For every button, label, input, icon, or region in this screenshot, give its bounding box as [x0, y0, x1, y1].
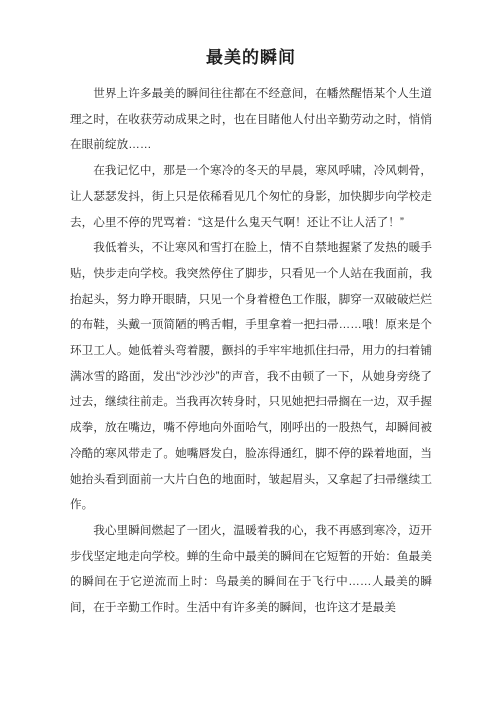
paragraph-sanitation-worker: 我低着头，不让寒风和雪打在脸上，情不自禁地握紧了发热的暖手贴，快步走向学校。我突…: [70, 235, 432, 518]
document-body: 最美的瞬间 世界上许多最美的瞬间往往都在不经意间，在幡然醒悟某个人生道理之时，在…: [70, 46, 432, 621]
paragraph-intro: 世界上许多最美的瞬间往往都在不经意间，在幡然醒悟某个人生道理之时，在收获劳动成果…: [70, 81, 432, 158]
document-title: 最美的瞬间: [70, 46, 432, 70]
paragraph-winter-morning: 在我记忆中，那是一个寒冷的冬天的早晨，寒风呼啸，冷风刺骨，让人瑟瑟发抖，街上只是…: [70, 158, 432, 235]
document-page: 最美的瞬间 世界上许多最美的瞬间往往都在不经意间，在幡然醒悟某个人生道理之时，在…: [0, 0, 500, 707]
paragraph-conclusion: 我心里瞬间燃起了一团火，温暖着我的心，我不再感到寒冷，迈开步伐坚定地走向学校。蝉…: [70, 518, 432, 621]
